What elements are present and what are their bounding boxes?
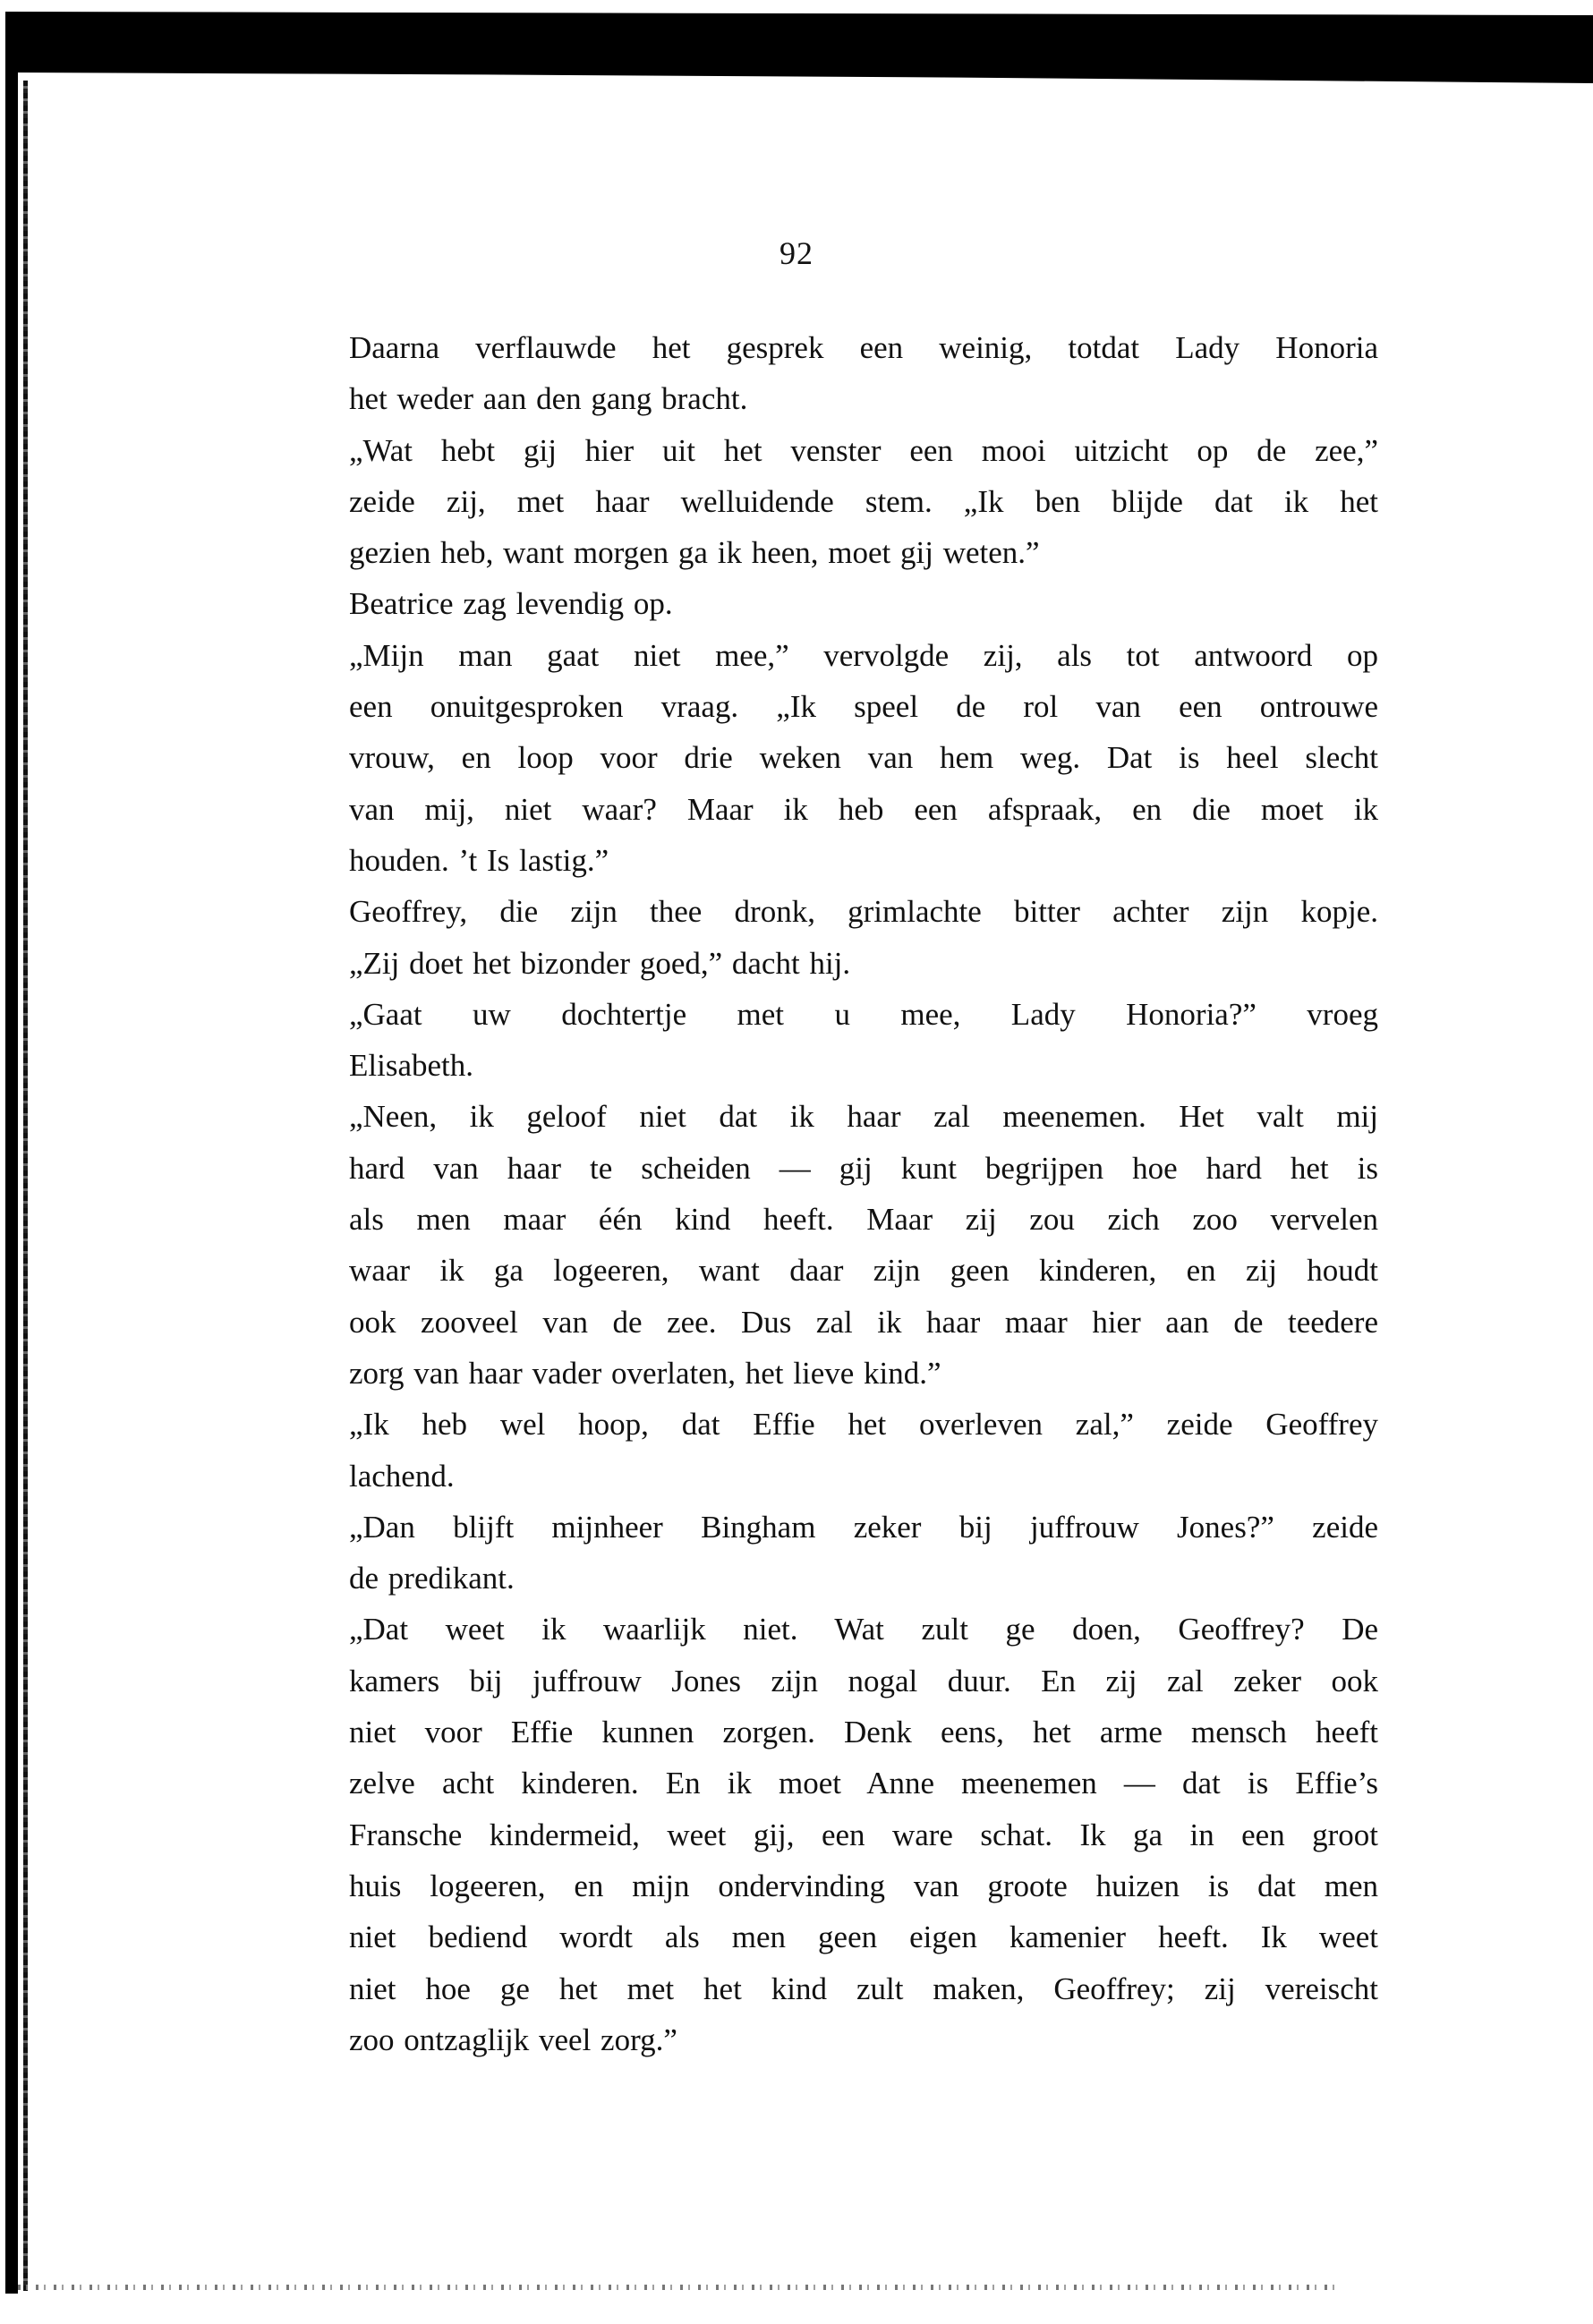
- text-line: zoo ontzaglijk veel zorg.”: [349, 2014, 1378, 2065]
- text-line: Fransche kindermeid, weet gij, een ware …: [349, 1809, 1378, 1860]
- text-line: „Gaat uw dochtertje met u mee, Lady Hono…: [349, 989, 1378, 1040]
- text-line: waar ik ga logeeren, want daar zijn geen…: [349, 1245, 1378, 1296]
- scan-border-top: [11, 12, 1593, 83]
- text-line: „Dat weet ik waarlijk niet. Wat zult ge …: [349, 1604, 1378, 1655]
- text-line: niet hoe ge het met het kind zult maken,…: [349, 1963, 1378, 2014]
- text-line: „Wat hebt gij hier uit het venster een m…: [349, 425, 1378, 476]
- text-line: „Mijn man gaat niet mee,” vervolgde zij,…: [349, 630, 1378, 681]
- text-line: vrouw, en loop voor drie weken van hem w…: [349, 732, 1378, 783]
- text-line: de predikant.: [349, 1553, 1378, 1604]
- text-line: van mij, niet waar? Maar ik heb een afsp…: [349, 784, 1378, 835]
- text-line: zeide zij, met haar welluidende stem. „I…: [349, 476, 1378, 527]
- text-line: niet voor Effie kunnen zorgen. Denk eens…: [349, 1707, 1378, 1758]
- text-line: Geoffrey, die zijn thee dronk, grimlacht…: [349, 886, 1378, 937]
- text-line: „Dan blijft mijnheer Bingham zeker bij j…: [349, 1502, 1378, 1553]
- text-line: „Neen, ik geloof niet dat ik haar zal me…: [349, 1091, 1378, 1142]
- text-line: kamers bij juffrouw Jones zijn nogal duu…: [349, 1656, 1378, 1707]
- text-line: hard van haar te scheiden — gij kunt beg…: [349, 1143, 1378, 1194]
- scan-border-left: [5, 12, 18, 2294]
- text-line: zorg van haar vader overlaten, het lieve…: [349, 1348, 1378, 1399]
- page-gutter-edge: [23, 81, 28, 2291]
- text-line: als men maar één kind heeft. Maar zij zo…: [349, 1194, 1378, 1245]
- text-line: houden. ’t Is lastig.”: [349, 835, 1378, 886]
- text-line: ook zooveel van de zee. Dus zal ik haar …: [349, 1297, 1378, 1348]
- text-line: „Zij doet het bizonder goed,” dacht hij.: [349, 938, 1378, 989]
- text-line: niet bediend wordt als men geen eigen ka…: [349, 1911, 1378, 1962]
- text-line: gezien heb, want morgen ga ik heen, moet…: [349, 527, 1378, 578]
- text-line: „Ik heb wel hoop, dat Effie het overleve…: [349, 1399, 1378, 1450]
- text-line: lachend.: [349, 1451, 1378, 1502]
- text-line: Beatrice zag levendig op.: [349, 578, 1378, 629]
- text-line: het weder aan den gang bracht.: [349, 373, 1378, 424]
- text-line: Daarna verflauwde het gesprek een weinig…: [349, 322, 1378, 373]
- text-line: Elisabeth.: [349, 1040, 1378, 1091]
- body-text: Daarna verflauwde het gesprek een weinig…: [349, 322, 1378, 2065]
- text-line: een onuitgesproken vraag. „Ik speel de r…: [349, 681, 1378, 732]
- text-line: zelve acht kinderen. En ik moet Anne mee…: [349, 1758, 1378, 1809]
- page-number: 92: [0, 234, 1593, 272]
- text-line: huis logeeren, en mijn ondervinding van …: [349, 1860, 1378, 1911]
- scan-border-bottom: [18, 2285, 1342, 2290]
